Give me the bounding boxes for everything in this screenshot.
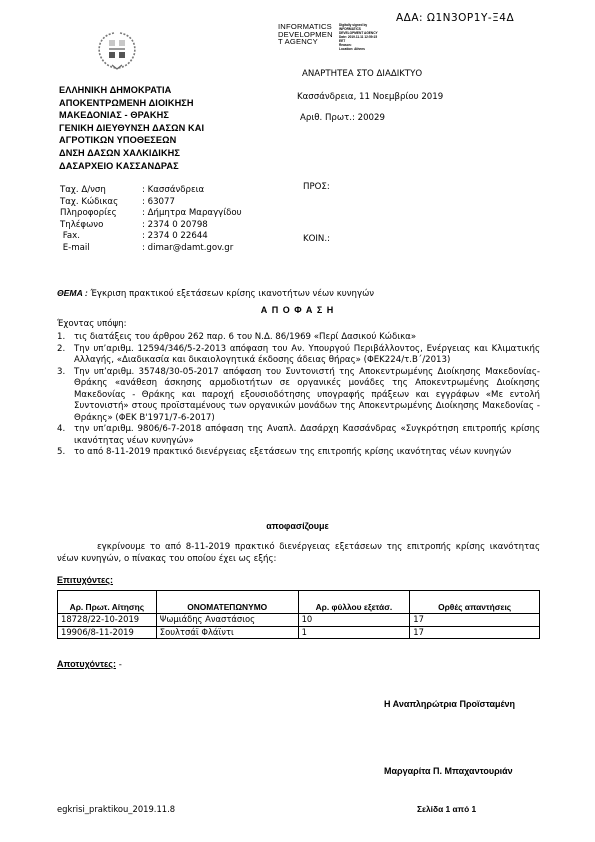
item-number: 4. (57, 424, 65, 436)
contact-row-info: Πληροφορίες: Δήμητρα Μαραγγίδου (60, 208, 242, 220)
authority-line: ΑΓΡΟΤΙΚΩΝ ΥΠΟΘΕΣΕΩΝ (59, 134, 204, 147)
subject-label: ΘΕΜΑ : (57, 288, 88, 298)
idika-logo: INFORMATICS DEVELOPMEN T AGENCY (278, 23, 333, 46)
contact-row-email: E-mail: dimar@damt.gov.gr (60, 243, 242, 255)
contact-key: E-mail (60, 243, 142, 255)
cell-full-name: Ψωμιάδης Αναστάσιος (156, 614, 298, 627)
contact-key: Ταχ. Κώδικας (60, 197, 142, 209)
table-row: 18728/22-10-2019 Ψωμιάδης Αναστάσιος 10 … (58, 614, 540, 627)
column-header-full-name: ΟΝΟΜΑΤΕΠΩΝΥΜΟ (156, 591, 298, 614)
publish-note: ΑΝΑΡΤΗΤΕΑ ΣΤΟ ΔΙΑΔΙΚΤΥΟ (302, 69, 422, 80)
protocol-number: Αριθ. Πρωτ.: 20029 (300, 113, 385, 124)
authority-line: ΕΛΛΗΝΙΚΗ ΔΗΜΟΚΡΑΤΙΑ (59, 84, 204, 97)
subject-text: Έγκριση πρακτικού εξετάσεων κρίσης ικανο… (88, 289, 374, 299)
results-table: Αρ. Πρωτ. Αίτησης ΟΝΟΜΑΤΕΠΩΝΥΜΟ Αρ. φύλλ… (57, 590, 540, 639)
cell-application-no: 19906/8-11-2019 (58, 626, 157, 639)
column-header-exam-sheet-no: Αρ. φύλλου εξετάσ. (298, 591, 410, 614)
item-number: 5. (57, 447, 65, 459)
cell-application-no: 18728/22-10-2019 (58, 614, 157, 627)
signatory-role: Η Αναπληρώτρια Προϊσταμένη (384, 699, 515, 709)
contact-row-postcode: Ταχ. Κώδικας: 63077 (60, 197, 242, 209)
column-header-correct-answers: Ορθές απαντήσεις (410, 591, 540, 614)
decide-heading: αποφασίζουμε (0, 521, 595, 531)
failed-line: Αποτυχόντες: - (57, 659, 122, 672)
subject-line: ΘΕΜΑ : Έγκριση πρακτικού εξετάσεων κρίση… (57, 288, 374, 301)
authority-line: ΓΕΝΙΚΗ ΔΙΕΥΘΥΝΣΗ ΔΑΣΩΝ ΚΑΙ (59, 122, 204, 135)
recipient-label: ΠΡΟΣ: (303, 182, 330, 193)
consideration-item: 1.τις διατάξεις του άρθρου 262 παρ. 6 το… (57, 332, 540, 344)
passed-label: Επιτυχόντες: (57, 575, 113, 585)
contact-value: : 2374 0 22644 (142, 231, 208, 243)
ada-code: ΑΔΑ: Ω1Ν3ΟΡ1Υ-Ξ4Δ (396, 12, 514, 24)
column-header-application-no: Αρ. Πρωτ. Αίτησης (58, 591, 157, 614)
failed-value: - (116, 660, 122, 670)
contact-key: Τηλέφωνο (60, 220, 142, 232)
cc-label: ΚΟΙΝ.: (303, 234, 330, 245)
contact-row-phone: Τηλέφωνο: 2374 0 20798 (60, 220, 242, 232)
contact-key: Πληροφορίες (60, 208, 142, 220)
place-date: Κασσάνδρεια, 11 Νοεμβρίου 2019 (297, 92, 443, 103)
contact-key: Fax. (60, 231, 142, 243)
item-text: Την υπ’αριθμ. 35748/30-05-2017 απόφαση τ… (74, 367, 540, 423)
issuing-authority: ΕΛΛΗΝΙΚΗ ΔΗΜΟΚΡΑΤΙΑ ΑΠΟΚΕΝΤΡΩΜΕΝΗ ΔΙΟΙΚΗ… (59, 84, 204, 172)
greek-emblem-icon (94, 27, 140, 73)
footer-page-number: Σελίδα 1 από 1 (417, 804, 476, 814)
cell-full-name: Σουλτσάϊ Φλάϊντι (156, 626, 298, 639)
authority-line: ΔΝΣΗ ΔΑΣΩΝ ΧΑΛΚΙΔΙΚΗΣ (59, 147, 204, 160)
signature-stamp-line: Location: Athens (339, 47, 378, 51)
authority-line: ΑΠΟΚΕΝΤΡΩΜΕΝΗ ΔΙΟΙΚΗΣΗ (59, 97, 204, 110)
item-text: τις διατάξεις του άρθρου 262 παρ. 6 του … (74, 332, 416, 342)
table-row: 19906/8-11-2019 Σουλτσάϊ Φλάϊντι 1 17 (58, 626, 540, 639)
failed-label: Αποτυχόντες: (57, 659, 116, 669)
contact-value: : 63077 (142, 197, 175, 209)
footer-filename: egkrisi_praktikou_2019.11.8 (57, 804, 175, 814)
digital-signature-stamp: Digitally signed by INFORMATICS DEVELOPM… (339, 23, 378, 51)
contact-key: Ταχ. Δ/νση (60, 185, 142, 197)
authority-line: ΜΑΚΕΔΟΝΙΑΣ - ΘΡΑΚΗΣ (59, 109, 204, 122)
considerations-list: 1.τις διατάξεις του άρθρου 262 παρ. 6 το… (57, 332, 540, 459)
signatory-name: Μαργαρίτα Π. Μπαχαντουριάν (384, 766, 513, 776)
cell-exam-sheet-no: 1 (298, 626, 410, 639)
cell-correct-answers: 17 (410, 626, 540, 639)
contact-value[interactable]: : dimar@damt.gov.gr (142, 243, 233, 255)
item-number: 1. (57, 332, 65, 344)
contact-value: : 2374 0 20798 (142, 220, 208, 232)
item-number: 2. (57, 344, 65, 356)
consideration-item: 3.Την υπ’αριθμ. 35748/30-05-2017 απόφαση… (57, 367, 540, 425)
decision-title: Α Π Ο Φ Α Σ Η (0, 305, 595, 315)
contact-row-fax: Fax.: 2374 0 22644 (60, 231, 242, 243)
item-number: 3. (57, 367, 65, 379)
cell-correct-answers: 17 (410, 614, 540, 627)
item-text: το από 8-11-2019 πρακτικό διενέργειας εξ… (74, 447, 511, 457)
contact-info: Ταχ. Δ/νση: Κασσάνδρεια Ταχ. Κώδικας: 63… (60, 185, 242, 255)
considering-label: Έχοντας υπόψη: (57, 319, 126, 331)
cell-exam-sheet-no: 10 (298, 614, 410, 627)
table-header-row: Αρ. Πρωτ. Αίτησης ΟΝΟΜΑΤΕΠΩΝΥΜΟ Αρ. φύλλ… (58, 591, 540, 614)
idika-logo-line: T AGENCY (278, 38, 333, 46)
item-text: την υπ’αριθμ. 9806/6-7-2018 απόφαση της … (74, 424, 540, 446)
consideration-item: 5.το από 8-11-2019 πρακτικό διενέργειας … (57, 447, 540, 459)
contact-value: : Κασσάνδρεια (142, 185, 204, 197)
authority-line: ΔΑΣΑΡΧΕΙΟ ΚΑΣΣΑΝΔΡΑΣ (59, 160, 204, 173)
contact-row-address: Ταχ. Δ/νση: Κασσάνδρεια (60, 185, 242, 197)
item-text: Την υπ’αριθμ. 12594/346/5-2-2013 απόφαση… (74, 344, 540, 366)
contact-value: : Δήμητρα Μαραγγίδου (142, 208, 242, 220)
consideration-item: 4.την υπ’αριθμ. 9806/6-7-2018 απόφαση τη… (57, 424, 540, 447)
approval-text: εγκρίνουμε το από 8-11-2019 πρακτικό διε… (57, 542, 540, 565)
consideration-item: 2.Την υπ’αριθμ. 12594/346/5-2-2013 απόφα… (57, 344, 540, 367)
